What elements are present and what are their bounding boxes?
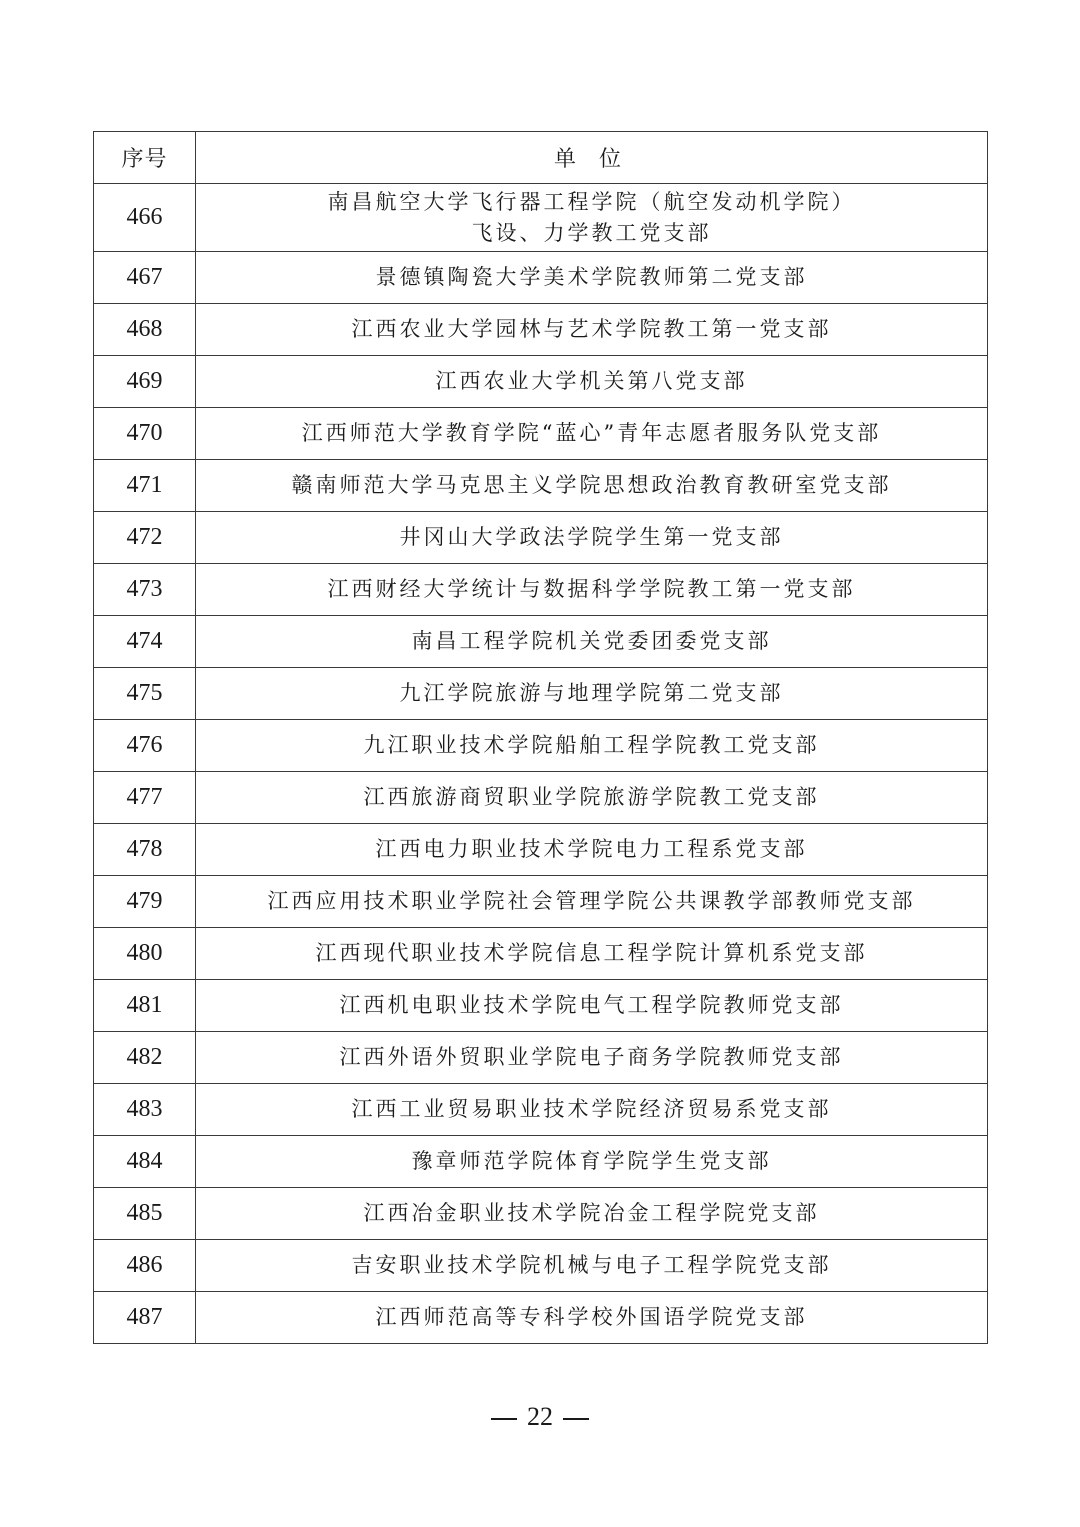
- serial-number-cell: 466: [94, 184, 196, 252]
- unit-cell: 江西现代职业技术学院信息工程学院计算机系党支部: [196, 928, 988, 980]
- serial-number-cell: 484: [94, 1136, 196, 1188]
- unit-cell: 江西机电职业技术学院电气工程学院教师党支部: [196, 980, 988, 1032]
- unit-cell: 赣南师范大学马克思主义学院思想政治教育教研室党支部: [196, 460, 988, 512]
- unit-cell: 江西旅游商贸职业学院旅游学院教工党支部: [196, 772, 988, 824]
- unit-cell: 江西财经大学统计与数据科学学院教工第一党支部: [196, 564, 988, 616]
- table-row: 482 江西外语外贸职业学院电子商务学院教师党支部: [94, 1032, 988, 1084]
- serial-number-cell: 482: [94, 1032, 196, 1084]
- footer-dash-right: [563, 1418, 589, 1420]
- serial-number-cell: 475: [94, 668, 196, 720]
- serial-number-cell: 485: [94, 1188, 196, 1240]
- serial-number-cell: 470: [94, 408, 196, 460]
- table-row: 480 江西现代职业技术学院信息工程学院计算机系党支部: [94, 928, 988, 980]
- serial-number-cell: 472: [94, 512, 196, 564]
- unit-cell: 九江学院旅游与地理学院第二党支部: [196, 668, 988, 720]
- serial-number-cell: 479: [94, 876, 196, 928]
- unit-cell: 江西农业大学园林与艺术学院教工第一党支部: [196, 304, 988, 356]
- unit-cell: 江西外语外贸职业学院电子商务学院教师党支部: [196, 1032, 988, 1084]
- table-row: 470 江西师范大学教育学院“蓝心”青年志愿者服务队党支部: [94, 408, 988, 460]
- serial-number-cell: 481: [94, 980, 196, 1032]
- table-row: 472 井冈山大学政法学院学生第一党支部: [94, 512, 988, 564]
- unit-cell: 江西冶金职业技术学院冶金工程学院党支部: [196, 1188, 988, 1240]
- serial-number-cell: 467: [94, 252, 196, 304]
- table-row: 475 九江学院旅游与地理学院第二党支部: [94, 668, 988, 720]
- page-footer: 22: [0, 1402, 1080, 1432]
- serial-number-cell: 471: [94, 460, 196, 512]
- table-row: 483 江西工业贸易职业技术学院经济贸易系党支部: [94, 1084, 988, 1136]
- serial-number-cell: 486: [94, 1240, 196, 1292]
- serial-number-cell: 474: [94, 616, 196, 668]
- unit-cell: 江西电力职业技术学院电力工程系党支部: [196, 824, 988, 876]
- unit-cell: 井冈山大学政法学院学生第一党支部: [196, 512, 988, 564]
- unit-cell: 豫章师范学院体育学院学生党支部: [196, 1136, 988, 1188]
- page-number: 22: [527, 1402, 553, 1431]
- footer-dash-left: [491, 1418, 517, 1420]
- unit-cell: 吉安职业技术学院机械与电子工程学院党支部: [196, 1240, 988, 1292]
- table-row: 468 江西农业大学园林与艺术学院教工第一党支部: [94, 304, 988, 356]
- table-row: 469 江西农业大学机关第八党支部: [94, 356, 988, 408]
- table-row: 487 江西师范高等专科学校外国语学院党支部: [94, 1292, 988, 1344]
- table-row: 474 南昌工程学院机关党委团委党支部: [94, 616, 988, 668]
- serial-number-cell: 477: [94, 772, 196, 824]
- header-serial-number: 序号: [94, 132, 196, 184]
- table-row: 466 南昌航空大学飞行器工程学院（航空发动机学院） 飞设、力学教工党支部: [94, 184, 988, 252]
- table-row: 485 江西冶金职业技术学院冶金工程学院党支部: [94, 1188, 988, 1240]
- serial-number-cell: 469: [94, 356, 196, 408]
- table-row: 481 江西机电职业技术学院电气工程学院教师党支部: [94, 980, 988, 1032]
- table-row: 467 景德镇陶瓷大学美术学院教师第二党支部: [94, 252, 988, 304]
- unit-line-1: 南昌航空大学飞行器工程学院（航空发动机学院）: [196, 187, 987, 218]
- unit-cell: 江西师范大学教育学院“蓝心”青年志愿者服务队党支部: [196, 408, 988, 460]
- serial-number-cell: 487: [94, 1292, 196, 1344]
- serial-number-cell: 478: [94, 824, 196, 876]
- serial-number-cell: 476: [94, 720, 196, 772]
- table-row: 476 九江职业技术学院船舶工程学院教工党支部: [94, 720, 988, 772]
- unit-cell: 江西工业贸易职业技术学院经济贸易系党支部: [196, 1084, 988, 1136]
- branch-list-table: 序号 单 位 466 南昌航空大学飞行器工程学院（航空发动机学院） 飞设、力学教…: [93, 131, 988, 1344]
- table-row: 477 江西旅游商贸职业学院旅游学院教工党支部: [94, 772, 988, 824]
- table-row: 486 吉安职业技术学院机械与电子工程学院党支部: [94, 1240, 988, 1292]
- unit-cell: 九江职业技术学院船舶工程学院教工党支部: [196, 720, 988, 772]
- table-header-row: 序号 单 位: [94, 132, 988, 184]
- table-row: 473 江西财经大学统计与数据科学学院教工第一党支部: [94, 564, 988, 616]
- unit-cell: 南昌工程学院机关党委团委党支部: [196, 616, 988, 668]
- unit-line-2: 飞设、力学教工党支部: [196, 218, 987, 249]
- table-row: 471 赣南师范大学马克思主义学院思想政治教育教研室党支部: [94, 460, 988, 512]
- table-row: 479 江西应用技术职业学院社会管理学院公共课教学部教师党支部: [94, 876, 988, 928]
- unit-cell: 南昌航空大学飞行器工程学院（航空发动机学院） 飞设、力学教工党支部: [196, 184, 988, 252]
- serial-number-cell: 483: [94, 1084, 196, 1136]
- serial-number-cell: 468: [94, 304, 196, 356]
- serial-number-cell: 473: [94, 564, 196, 616]
- unit-cell: 江西师范高等专科学校外国语学院党支部: [196, 1292, 988, 1344]
- header-unit: 单 位: [196, 132, 988, 184]
- unit-cell: 江西应用技术职业学院社会管理学院公共课教学部教师党支部: [196, 876, 988, 928]
- unit-cell: 景德镇陶瓷大学美术学院教师第二党支部: [196, 252, 988, 304]
- table-row: 484 豫章师范学院体育学院学生党支部: [94, 1136, 988, 1188]
- unit-cell: 江西农业大学机关第八党支部: [196, 356, 988, 408]
- table-row: 478 江西电力职业技术学院电力工程系党支部: [94, 824, 988, 876]
- serial-number-cell: 480: [94, 928, 196, 980]
